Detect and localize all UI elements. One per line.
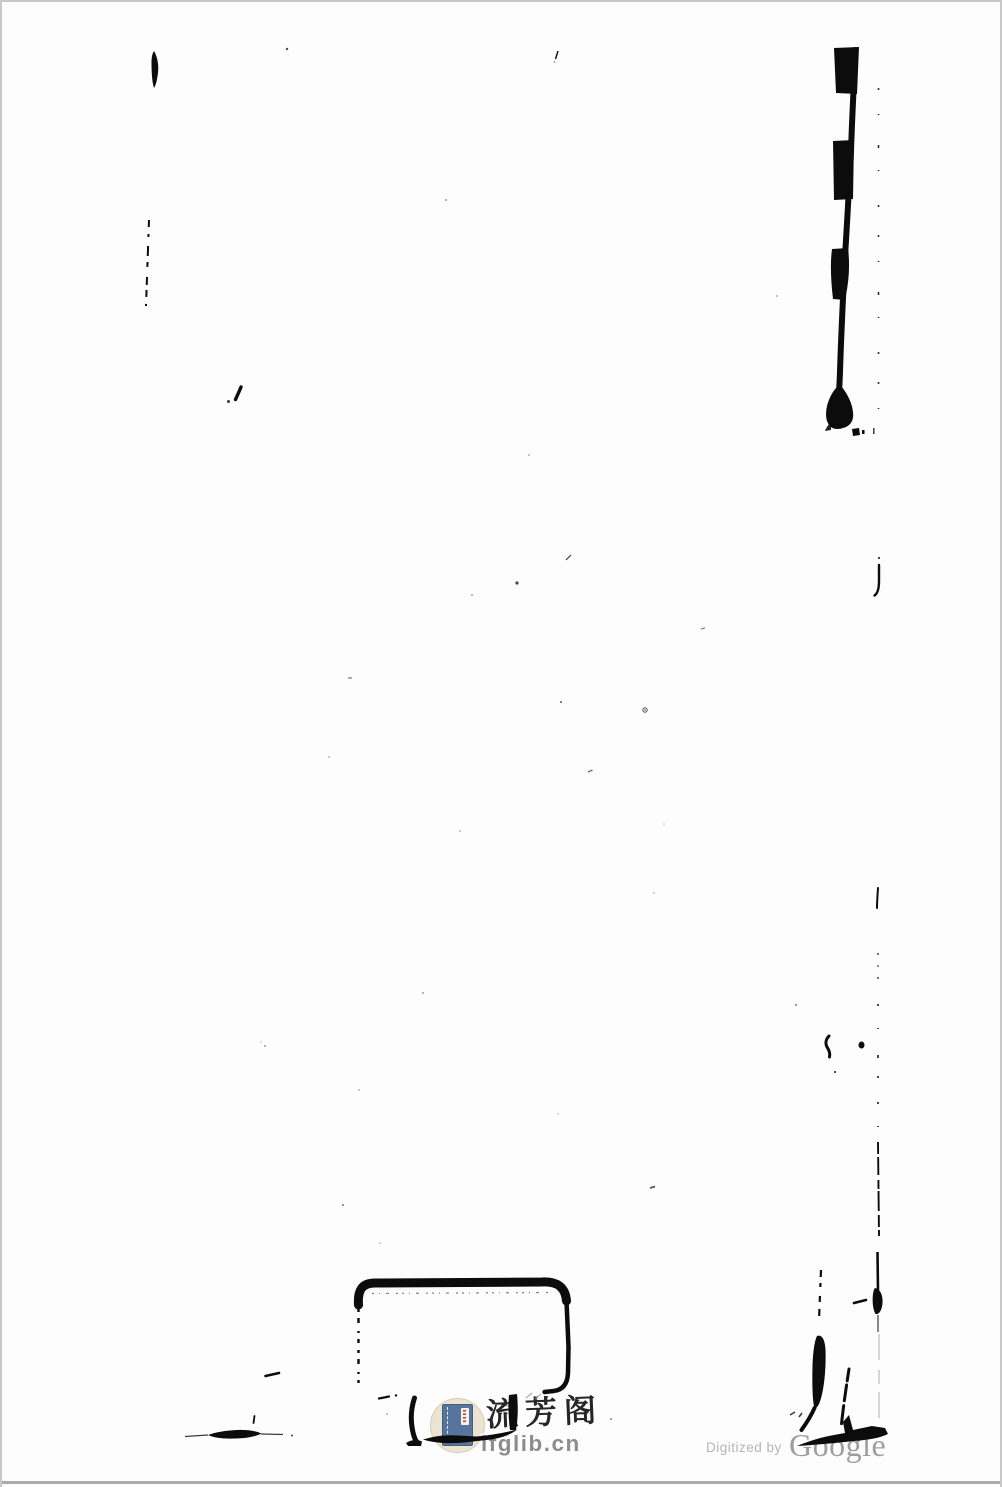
book-spine-stitching bbox=[447, 1407, 448, 1443]
ink-artifacts-overlay bbox=[2, 2, 1002, 1487]
left-edge-ink-marks bbox=[146, 51, 241, 403]
scattered-specks bbox=[260, 48, 778, 1420]
watermark-site-name: 流芳阁 bbox=[485, 1393, 616, 1431]
scanned-book-page: 流芳阁 lfglib.cn Digitized by Google bbox=[0, 0, 1002, 1487]
book-title-label bbox=[461, 1408, 469, 1425]
lower-right-ink-strokes bbox=[790, 1270, 849, 1430]
top-right-ink-column bbox=[825, 47, 879, 436]
right-edge-dashed-line bbox=[854, 557, 883, 1422]
right-middle-squiggle bbox=[795, 1004, 865, 1073]
google-logo: Google bbox=[789, 1429, 886, 1461]
watermark-site-url: lfglib.cn bbox=[481, 1433, 581, 1456]
page-bottom-rule bbox=[2, 1481, 1000, 1484]
digitized-by-text: Digitized by bbox=[706, 1441, 782, 1455]
book-icon bbox=[442, 1404, 473, 1446]
bottom-left-smear bbox=[185, 1373, 293, 1439]
watermark-logo-circle bbox=[430, 1398, 485, 1453]
